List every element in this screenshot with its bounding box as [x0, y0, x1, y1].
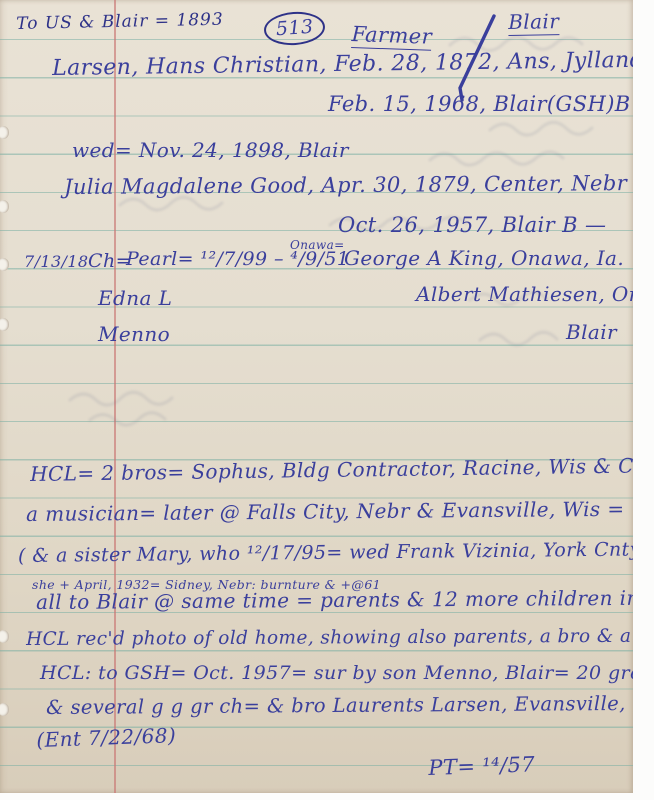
death-line: Feb. 15, 1968, Blair(GSH)B	[328, 92, 631, 116]
ledger-page: To US & Blair = 1893 513 Farmer Blair La…	[0, 0, 633, 793]
child-spouse: George A King, Onawa, Ia.	[344, 246, 624, 270]
spouse-death-line: Oct. 26, 1957, Blair B —	[338, 213, 606, 237]
note-line: all to Blair @ same time = parents & 12 …	[36, 585, 633, 614]
child-spouse: Albert Mathiesen, Omaha	[416, 282, 633, 306]
note-line: HCL: to GSH= Oct. 1957= sur by son Menno…	[40, 662, 633, 684]
record-number-circle: 513	[263, 10, 327, 47]
place-header: Blair	[508, 9, 559, 34]
children-noted-date: 7/13/18	[24, 252, 88, 271]
child-name: Edna L	[98, 286, 172, 310]
child-name: Menno	[98, 322, 170, 346]
entry-date-note: (Ent 7/22/68)	[36, 723, 177, 752]
child-note-above: Onawa=	[290, 238, 345, 252]
record-number: 513	[264, 12, 325, 45]
note-line: & several g g gr ch= & bro Laurents Lars…	[46, 692, 633, 719]
scan-background-right	[633, 0, 654, 800]
scan-background-bottom	[0, 793, 654, 800]
pt-reference: PT= ¹⁴/57	[428, 752, 535, 780]
marriage-line: wed= Nov. 24, 1898, Blair	[72, 138, 349, 162]
child-spouse: Blair	[566, 320, 617, 344]
spouse-line: Julia Magdalene Good, Apr. 30, 1879, Cen…	[64, 171, 627, 199]
note-line: HCL rec'd photo of old home, showing als…	[26, 625, 633, 650]
